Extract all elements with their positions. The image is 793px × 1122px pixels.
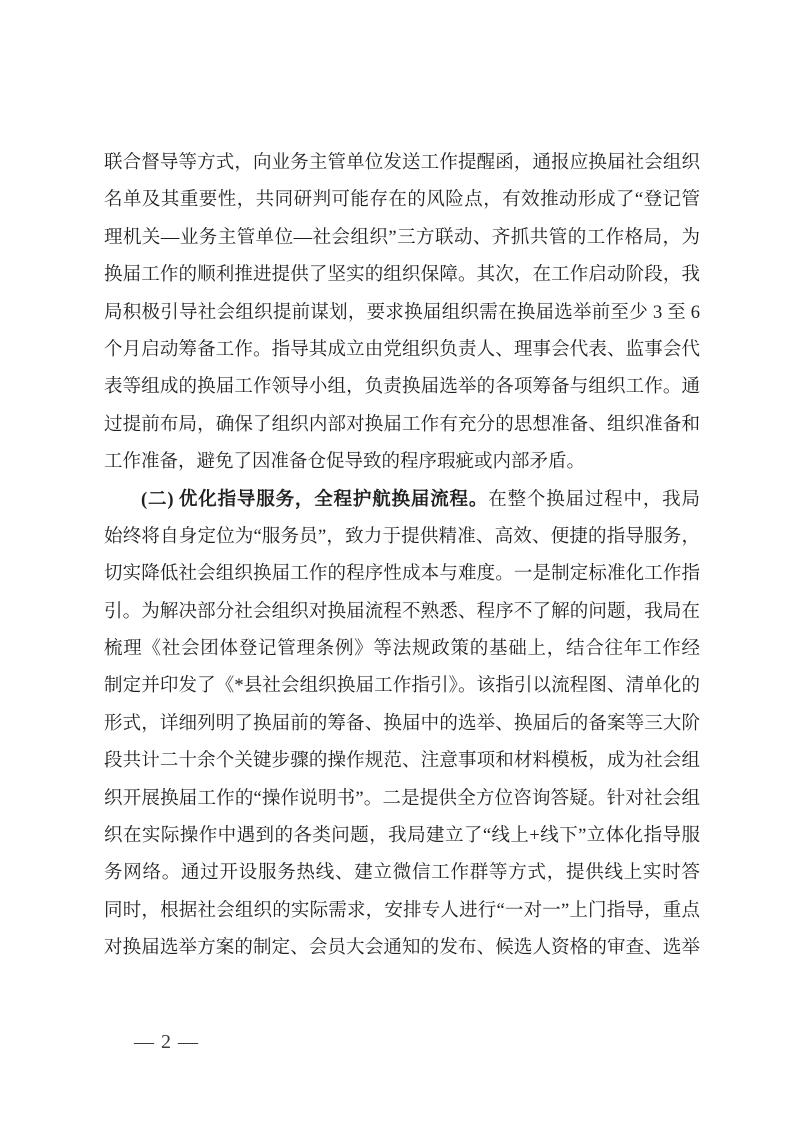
text-line: 换届工作的顺利推进提供了坚实的组织保障。其次，在工作启动阶段，我 <box>104 257 700 294</box>
section-heading: (二) 优化指导服务，全程护航换届流程。 <box>141 490 488 510</box>
section-heading-rest: 在整个换届过程中，我局 <box>488 490 700 510</box>
page-number: — 2 — <box>134 1030 199 1054</box>
text-line: 过提前布局，确保了组织内部对换届工作有充分的思想准备、组织准备和 <box>104 407 700 444</box>
text-line: 始终将自身定位为“服务员”，致力于提供精准、高效、便捷的指导服务， <box>104 519 700 556</box>
text-line: 形式，详细列明了换届前的筹备、换届中的选举、换届后的备案等三大阶 <box>104 706 700 743</box>
body-text-block: 联合督导等方式，向业务主管单位发送工作提醒函，通报应换届社会组织 名单及其重要性… <box>104 145 700 968</box>
text-line: 同时，根据社会组织的实际需求，安排专人进行“一对一”上门指导，重点 <box>104 893 700 930</box>
text-line: 局积极引导社会组织提前谋划，要求换届组织需在换届选举前至少 3 至 6 <box>104 295 700 332</box>
text-line: 个月启动筹备工作。指导其成立由党组织负责人、理事会代表、监事会代 <box>104 332 700 369</box>
document-page: 联合督导等方式，向业务主管单位发送工作提醒函，通报应换届社会组织 名单及其重要性… <box>0 0 793 1122</box>
text-line: 务网络。通过开设服务热线、建立微信工作群等方式，提供线上实时答疑； <box>104 855 700 892</box>
text-line: 织在实际操作中遇到的各类问题，我局建立了“线上+线下”立体化指导服 <box>104 818 700 855</box>
text-line: 理机关—业务主管单位—社会组织”三方联动、齐抓共管的工作格局，为 <box>104 220 700 257</box>
paragraph-end-line: 工作准备，避免了因准备仓促导致的程序瑕疵或内部矛盾。 <box>104 444 700 481</box>
section-heading-line: (二) 优化指导服务，全程护航换届流程。在整个换届过程中，我局 <box>104 482 700 519</box>
text-line: 联合督导等方式，向业务主管单位发送工作提醒函，通报应换届社会组织 <box>104 145 700 182</box>
text-line: 表等组成的换届工作领导小组，负责换届选举的各项筹备与组织工作。通 <box>104 369 700 406</box>
text-line: 对换届选举方案的制定、会员大会通知的发布、候选人资格的审查、选举 <box>104 930 700 967</box>
text-line: 段共计二十余个关键步骤的操作规范、注意事项和材料模板，成为社会组 <box>104 743 700 780</box>
text-line: 引。为解决部分社会组织对换届流程不熟悉、程序不了解的问题，我局在 <box>104 594 700 631</box>
text-line: 切实降低社会组织换届工作的程序性成本与难度。一是制定标准化工作指 <box>104 556 700 593</box>
text-line: 名单及其重要性，共同研判可能存在的风险点，有效推动形成了“登记管 <box>104 182 700 219</box>
text-line: 织开展换届工作的“操作说明书”。二是提供全方位咨询答疑。针对社会组 <box>104 781 700 818</box>
text-line: 梳理《社会团体登记管理条例》等法规政策的基础上，结合往年工作经验， <box>104 631 700 668</box>
text-line: 制定并印发了《*县社会组织换届工作指引》。该指引以流程图、清单化的 <box>104 668 700 705</box>
